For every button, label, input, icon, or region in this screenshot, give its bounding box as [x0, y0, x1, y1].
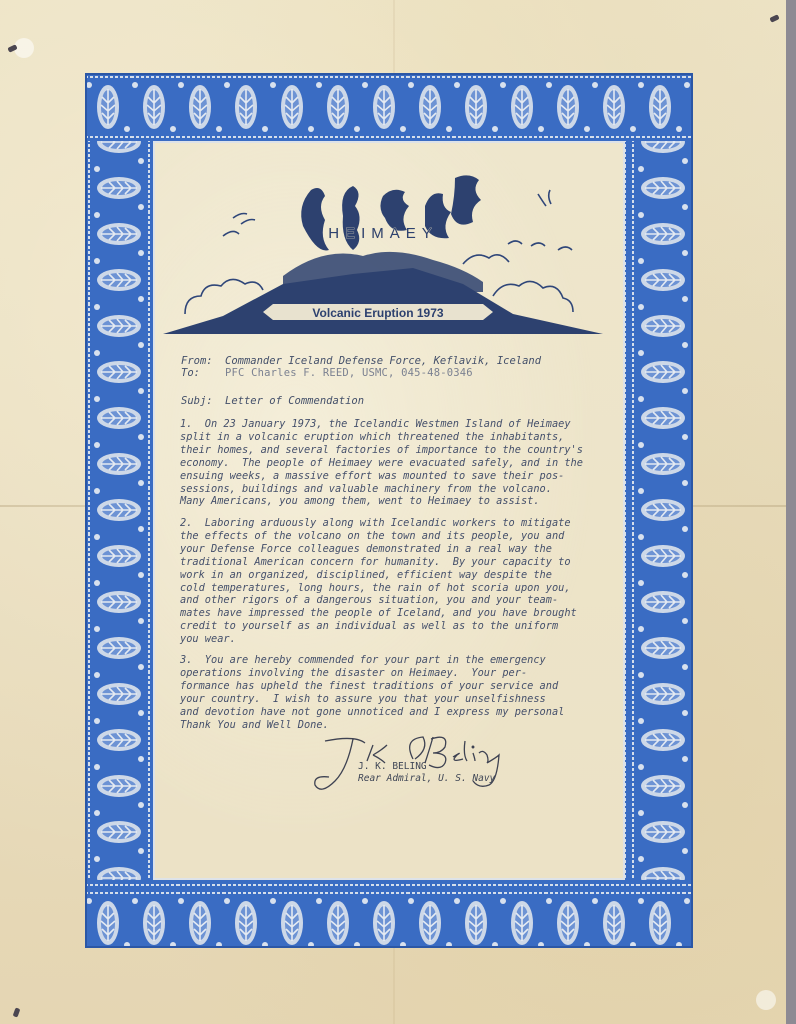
signature-block: J. K. BELING Rear Admiral, U. S. Navy — [358, 761, 495, 785]
commendation-letter: Volcanic Eruption 1973 HEIMAEY From:Comm… — [153, 141, 625, 880]
to-value: PFC Charles F. REED, USMC, 045-48-0346 — [225, 367, 473, 379]
subject-value: Letter of Commendation — [225, 395, 364, 407]
paragraph-3: 3. You are hereby commended for your par… — [180, 654, 620, 731]
paragraph-1: 1. On 23 January 1973, the Icelandic Wes… — [180, 418, 620, 508]
from-label: From: — [181, 355, 225, 367]
bird-icon — [233, 214, 255, 225]
emblem-place-name: HEIMAEY — [328, 225, 438, 242]
pin-mark-icon — [769, 14, 779, 22]
pin-mark-icon — [13, 1007, 21, 1017]
signer-title: Rear Admiral, U. S. Navy — [358, 773, 495, 785]
emblem-banner-text: Volcanic Eruption 1973 — [312, 306, 443, 320]
subject-line: Subj:Letter of Commendation — [181, 395, 364, 407]
from-value: Commander Iceland Defense Force, Keflavi… — [225, 355, 541, 367]
to-label: To: — [181, 367, 225, 379]
heimaey-volcano-emblem: Volcanic Eruption 1973 HEIMAEY — [163, 156, 608, 346]
subject-label: Subj: — [181, 395, 225, 407]
to-line: To:PFC Charles F. REED, USMC, 045-48-034… — [181, 367, 473, 379]
pin-hole-icon — [756, 990, 776, 1010]
paragraph-2: 2. Laboring arduously along with Iceland… — [180, 517, 620, 646]
signer-name: J. K. BELING — [358, 761, 495, 773]
from-line: From:Commander Iceland Defense Force, Ke… — [181, 355, 541, 367]
